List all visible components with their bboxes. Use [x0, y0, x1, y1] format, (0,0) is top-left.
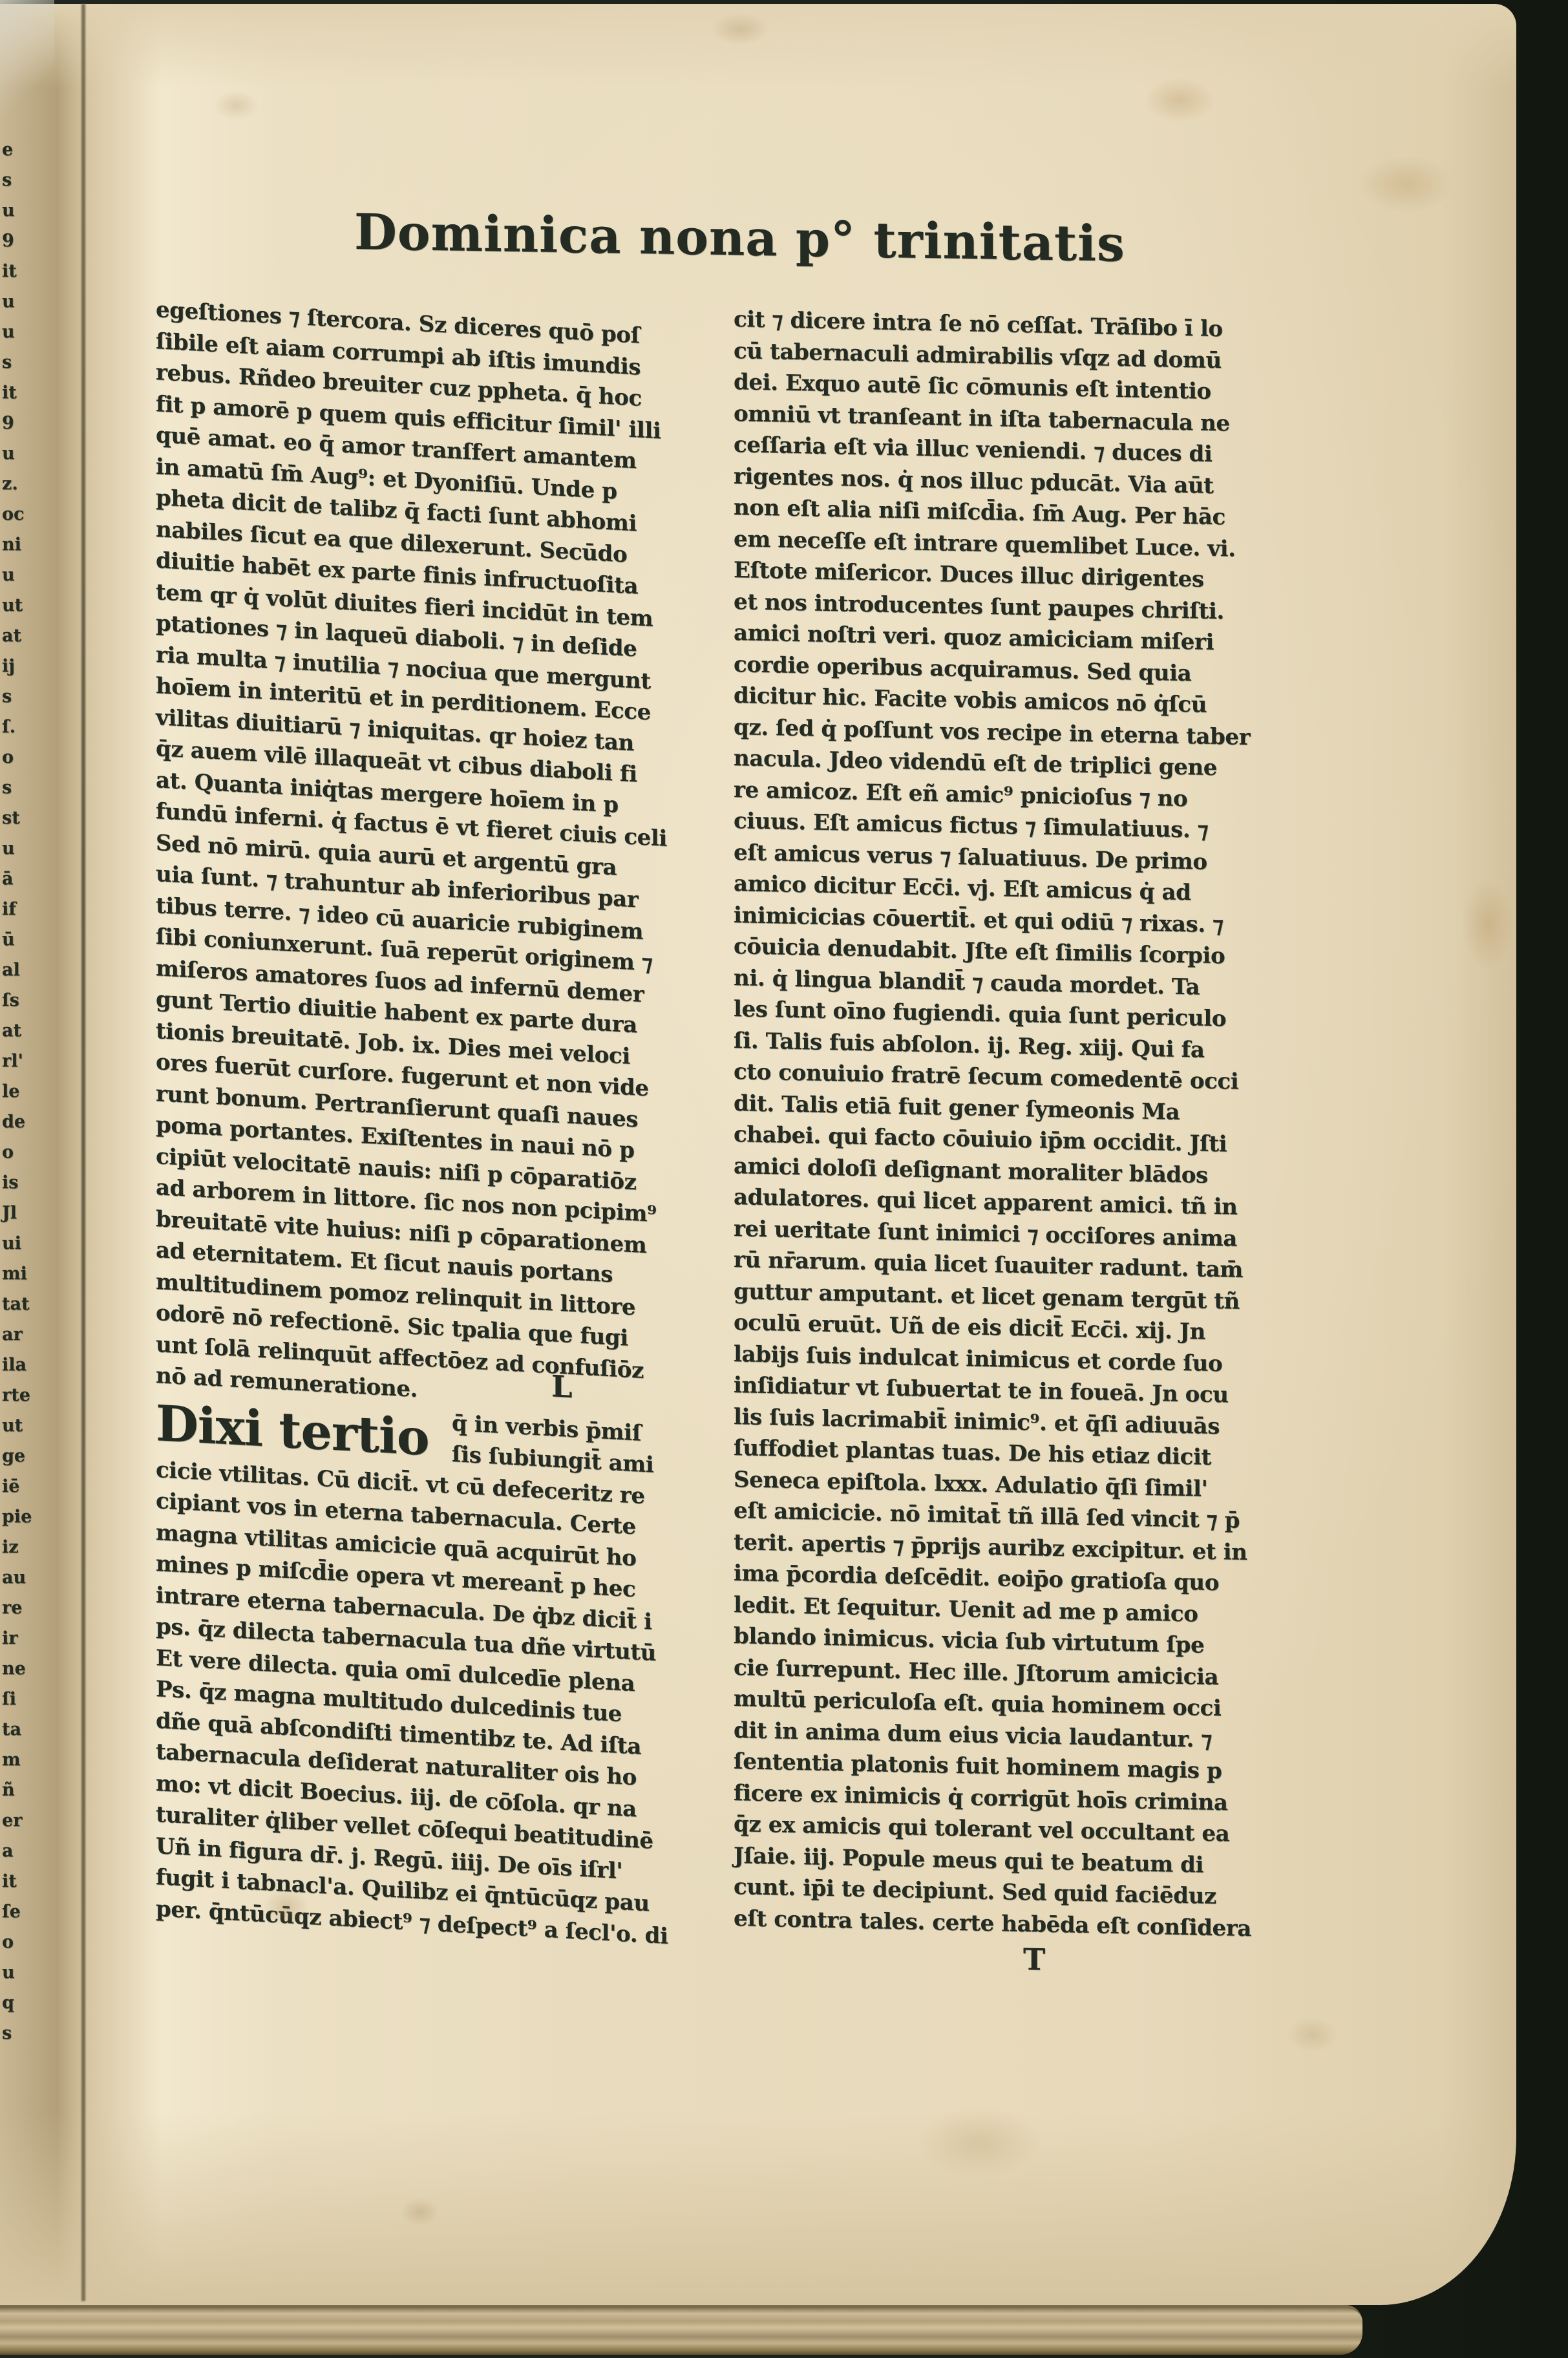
gutter-fragment: ut [2, 590, 24, 621]
gutter-fragment: re [2, 1593, 24, 1623]
gutter-fragment: ar [2, 1319, 24, 1350]
gutter-fragment: le [2, 1076, 24, 1107]
gutter-fragment: rte [2, 1380, 24, 1410]
gutter-fragment: q [2, 1988, 24, 2018]
page-title: Dominica nona p° trinitatis [354, 203, 1104, 272]
gutter-fragment: s [2, 165, 24, 195]
gutter-fragment: iz [2, 1532, 24, 1562]
gutter-fragment: au [2, 1562, 24, 1593]
gutter-fragment: oc [2, 499, 24, 529]
gutter-fragment: pie [2, 1502, 24, 1532]
gutter-fragment: ſs [2, 985, 24, 1015]
gutter-fragment: ui [2, 1228, 24, 1259]
gutter-fragment: z. [2, 469, 24, 499]
gutter-fragment: o [2, 742, 24, 772]
gutter-fragment: u [2, 1957, 24, 1988]
scanned-book-page: esu9ituusit9uz.ocniuutatijsſ.osstuāifūal… [0, 0, 1568, 2358]
gutter-fragment: ut [2, 1410, 24, 1441]
incipit-side-lines: q̄ in verbis p̄miſſis ſubiungit̄ ami [452, 1407, 653, 1481]
gutter-fragment: ni [2, 529, 24, 560]
gutter-fragment: m [2, 1745, 24, 1775]
gutter-fragment: u [2, 833, 24, 864]
gutter-fragment: tat [2, 1289, 24, 1319]
left-text-column: egeſtiones ⁊ ſtercora. Sz diceres quō po… [156, 294, 681, 1953]
gutter-fragment: iē [2, 1471, 24, 1502]
gutter-fragment: ir [2, 1623, 24, 1653]
gutter-fragment: if [2, 894, 24, 924]
gutter-fragment: u [2, 195, 24, 226]
gutter-fragment: at [2, 621, 24, 651]
gutter-fragment: s [2, 2018, 24, 2048]
gutter-fragment: Jl [2, 1198, 24, 1228]
gutter-fragment: o [2, 1137, 24, 1167]
gutter-fragment: mi [2, 1259, 24, 1289]
gutter-fragment: st [2, 803, 24, 833]
gutter-fragment: rl' [2, 1046, 24, 1076]
gutter-fragment: s [2, 347, 24, 377]
gutter-fragment: u [2, 317, 24, 347]
left-column-lines: egeſtiones ⁊ ſtercora. Sz diceres quō po… [156, 294, 681, 1388]
right-column-lines: cit ⁊ dicere intra ſe nō ceſſat. Trāſibo… [734, 304, 1295, 1945]
gutter-fragment: a [2, 1836, 24, 1866]
gutter-fragment: ila [2, 1350, 24, 1380]
book-block-edge [0, 2305, 1362, 2355]
gutter-fragment: o [2, 1927, 24, 1957]
gutter-fragment: ſe [2, 1896, 24, 1927]
gutter-fragment: ij [2, 651, 24, 681]
gutter-fragment: s [2, 772, 24, 803]
gutter-fragment: de [2, 1107, 24, 1137]
gutter-fragment: s [2, 681, 24, 712]
gutter-fragment: er [2, 1805, 24, 1836]
gutter-fragment: u [2, 438, 24, 469]
left-column-lines-after: cicie vtilitas. Cū dicit̄. vt cū defecer… [156, 1454, 681, 1953]
gutter-fragment: e [2, 134, 24, 165]
gutter-fragment: 9 [2, 226, 24, 256]
gutter-fragment: ta [2, 1714, 24, 1745]
gutter-fragment: u [2, 286, 24, 317]
gutter-fragment: ū [2, 924, 24, 955]
right-text-column: cit ⁊ dicere intra ſe nō ceſſat. Trāſibo… [734, 304, 1295, 1984]
gutter-fragment: ſi [2, 1684, 24, 1714]
gutter-fragment: ā [2, 864, 24, 894]
gutter-fragment: ñ [2, 1775, 24, 1805]
gutter-fragment: ge [2, 1441, 24, 1471]
facing-page-text-fragments: esu9ituusit9uz.ocniuutatijsſ.osstuāifūal… [2, 134, 24, 2048]
gutter-fragment: at [2, 1015, 24, 1046]
guide-letter: L [551, 1371, 572, 1402]
gutter-fragment: ne [2, 1653, 24, 1684]
gutter-fragment: 9 [2, 408, 24, 438]
gutter-fragment: it [2, 1866, 24, 1896]
gutter-fragment: is [2, 1167, 24, 1198]
gutter-fragment: it [2, 377, 24, 408]
gutter-crease [81, 4, 85, 2301]
gutter-fragment: ſ. [2, 712, 24, 742]
gutter-fragment: it [2, 256, 24, 286]
gutter-fragment: al [2, 955, 24, 985]
gutter-fragment: u [2, 560, 24, 590]
